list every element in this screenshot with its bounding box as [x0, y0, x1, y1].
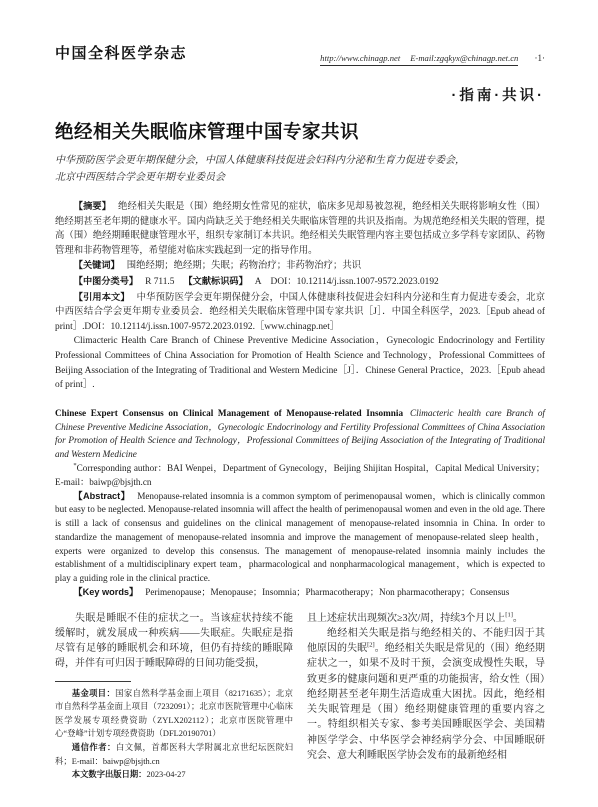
footnote-divider: [55, 681, 131, 682]
right-paragraph-1-text: 且上述症状出现频次≥3次/周，持续3个月以上: [307, 613, 505, 624]
english-abstract-label: 【Abstract】: [73, 491, 130, 501]
doi-text: DOI：10.12114/j.issn.1007-9572.2023.0192: [271, 277, 439, 287]
clc-value: R 711.5: [145, 277, 174, 287]
journal-header: 中国全科医学杂志 http://www.chinagp.netE-mail:zg…: [55, 42, 545, 63]
publication-date-value: 2023-04-27: [146, 770, 185, 779]
abstract-paragraph: 【摘要】绝经相关失眠是（围）绝经期女性常见的症状，临床多见却易被忽视，绝经相关失…: [55, 199, 545, 258]
corresponding-note-label: 通信作者：: [72, 742, 116, 752]
classification-line: 【中图分类号】R 711.5【文献标识码】ADOI：10.12114/j.iss…: [55, 274, 545, 290]
article-title: 绝经相关失眠临床管理中国专家共识: [55, 118, 545, 144]
english-keywords-label: 【Key words】: [73, 587, 138, 597]
funding-note: 基金项目：国家自然科学基金面上项目（82171635）；北京市自然科学基金面上项…: [55, 687, 293, 741]
keywords-text: 围绝经期；绝经期；失眠；药物治疗；非药物治疗；共识: [127, 261, 361, 271]
citation-label: 【引用本文】: [74, 292, 130, 302]
doc-code-value: A: [255, 277, 262, 287]
affiliation-line-2: 北京中西医结合学会更年期专业委员会: [55, 170, 545, 187]
journal-links: http://www.chinagp.netE-mail:zgqkyx@chin…: [320, 53, 518, 66]
funding-label: 基金项目：: [72, 688, 115, 698]
body-paragraph-left: 失眠是睡眠不佳的症状之一。当该症状持续不能缓解时，就发展成一种疾病——失眠症。失…: [55, 611, 293, 672]
body-columns: 失眠是睡眠不佳的症状之一。当该症状持续不能缓解时，就发展成一种疾病——失眠症。失…: [55, 611, 545, 782]
english-block: Chinese Expert Consensus on Clinical Man…: [55, 407, 545, 600]
author-affiliations: 中华预防医学会更年期保健分会，中国人体健康科技促进会妇科内分泌和生育力促进专委会…: [55, 153, 545, 186]
clc-label: 【中图分类号】: [74, 276, 138, 286]
page-number: ·1·: [535, 53, 546, 63]
header-right: http://www.chinagp.netE-mail:zgqkyx@chin…: [320, 53, 545, 63]
right-column: 且上述症状出现频次≥3次/周，持续3个月以上[1]。 绝经相关失眠是指与绝经相关…: [307, 611, 545, 782]
citation-cn-paragraph: 【引用本文】中华预防医学会更年期保健分会，中国人体健康科技促进会妇科内分泌和生育…: [55, 290, 545, 335]
affiliation-line-1: 中华预防医学会更年期保健分会，中国人体健康科技促进会妇科内分泌和生育力促进专委会…: [55, 153, 545, 170]
english-abstract-paragraph: 【Abstract】Menopause-related insomnia is …: [55, 490, 545, 587]
english-title-line: Chinese Expert Consensus on Clinical Man…: [55, 407, 545, 462]
english-title: Chinese Expert Consensus on Clinical Man…: [55, 408, 403, 418]
english-keywords-text: Perimenopause；Menopause；Insomnia；Pharmac…: [145, 587, 509, 597]
doc-code-label: 【文献标识码】: [183, 276, 247, 286]
english-abstract-text: Menopause-related insomnia is a common s…: [55, 491, 545, 584]
publication-date-label: 本文数字出版日期：: [72, 769, 147, 779]
journal-logo: 中国全科医学杂志: [55, 42, 187, 63]
publication-date-note: 本文数字出版日期：2023-04-27: [55, 768, 293, 782]
journal-website-link[interactable]: http://www.chinagp.net: [320, 53, 400, 63]
abstract-label: 【摘要】: [74, 201, 111, 211]
journal-page: 中国全科医学杂志 http://www.chinagp.netE-mail:zg…: [0, 0, 598, 807]
corresponding-text: Corresponding author：BAI Wenpei，Departme…: [55, 463, 545, 487]
body-paragraph-right-2: 绝经相关失眠是指与绝经相关的、不能归因于其他原因的失眠[2]。绝经相关失眠是常见…: [307, 626, 545, 763]
right-paragraph-2-end: 。绝经相关失眠是常见的（围）绝经期症状之一，如果不及时干预，会演变成慢性失眠，导…: [307, 643, 545, 760]
corresponding-author-line: *Corresponding author：BAI Wenpei，Departm…: [55, 462, 545, 490]
section-label: ·指南·共识·: [55, 84, 545, 105]
citation-en-paragraph: Climacteric Health Care Branch of Chines…: [55, 334, 545, 392]
right-paragraph-1-end: 。: [513, 613, 523, 624]
journal-email-link[interactable]: E-mail:zgqkyx@chinagp.net.cn: [410, 53, 518, 63]
left-column: 失眠是睡眠不佳的症状之一。当该症状持续不能缓解时，就发展成一种疾病——失眠症。失…: [55, 611, 293, 782]
citation-ref-1: [1]: [505, 612, 513, 619]
keywords-label: 【关键词】: [74, 260, 120, 270]
keywords-line: 【关键词】围绝经期；绝经期；失眠；药物治疗；非药物治疗；共识: [55, 258, 545, 274]
abstract-text: 绝经相关失眠是（围）绝经期女性常见的症状，临床多见却易被忽视，绝经相关失眠将影响…: [55, 202, 545, 256]
chinese-meta-block: 【摘要】绝经相关失眠是（围）绝经期女性常见的症状，临床多见却易被忽视，绝经相关失…: [55, 199, 545, 393]
body-paragraph-right-1: 且上述症状出现频次≥3次/周，持续3个月以上[1]。: [307, 611, 545, 626]
corresponding-note: 通信作者：白文佩，首都医科大学附属北京世纪坛医院妇科；E-mail：baiwp@…: [55, 741, 293, 768]
citation-ref-2: [2]: [367, 642, 375, 649]
english-keywords-line: 【Key words】Perimenopause；Menopause；Insom…: [55, 586, 545, 600]
footnote-block: 基金项目：国家自然科学基金面上项目（82171635）；北京市自然科学基金面上项…: [55, 687, 293, 782]
